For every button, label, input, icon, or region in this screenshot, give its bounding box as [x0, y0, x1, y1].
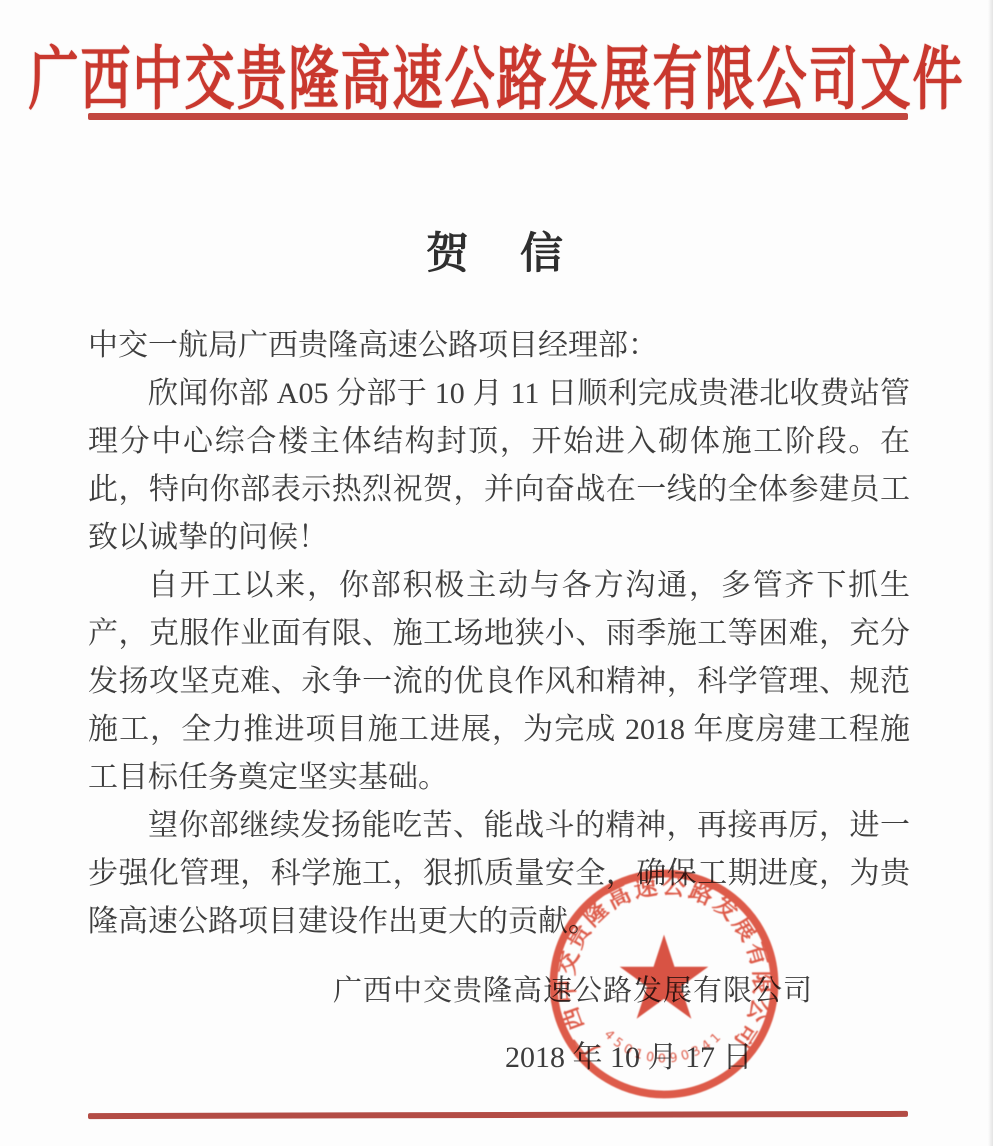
seal-star-icon — [620, 935, 709, 1019]
footer-divider — [88, 1111, 908, 1119]
official-seal: 广西中交贵隆高速公路发展有限公司 45010090341 — [538, 858, 790, 1110]
salutation: 中交一航局广西贵隆高速公路项目经理部： — [88, 322, 910, 370]
letterhead-title: 广西中交贵隆高速公路发展有限公司文件 — [0, 24, 993, 123]
letter-body: 中交一航局广西贵隆高速公路项目经理部： 欣闻你部 A05 分部于 10 月 11… — [88, 322, 910, 946]
seal-serial-number: 45010090341 — [602, 1027, 727, 1066]
svg-text:45010090341: 45010090341 — [602, 1027, 727, 1066]
letter-title: 贺 信 — [0, 220, 993, 281]
paragraph: 自开工以来，你部积极主动与各方沟通，多管齐下抓生产，克服作业面有限、施工场地狭小… — [88, 562, 910, 802]
letterhead-divider — [88, 113, 908, 120]
scanned-letter-page: 广西中交贵隆高速公路发展有限公司文件 贺 信 中交一航局广西贵隆高速公路项目经理… — [0, 0, 993, 1146]
paragraph: 欣闻你部 A05 分部于 10 月 11 日顺利完成贵港北收费站管理分中心综合楼… — [88, 370, 910, 562]
